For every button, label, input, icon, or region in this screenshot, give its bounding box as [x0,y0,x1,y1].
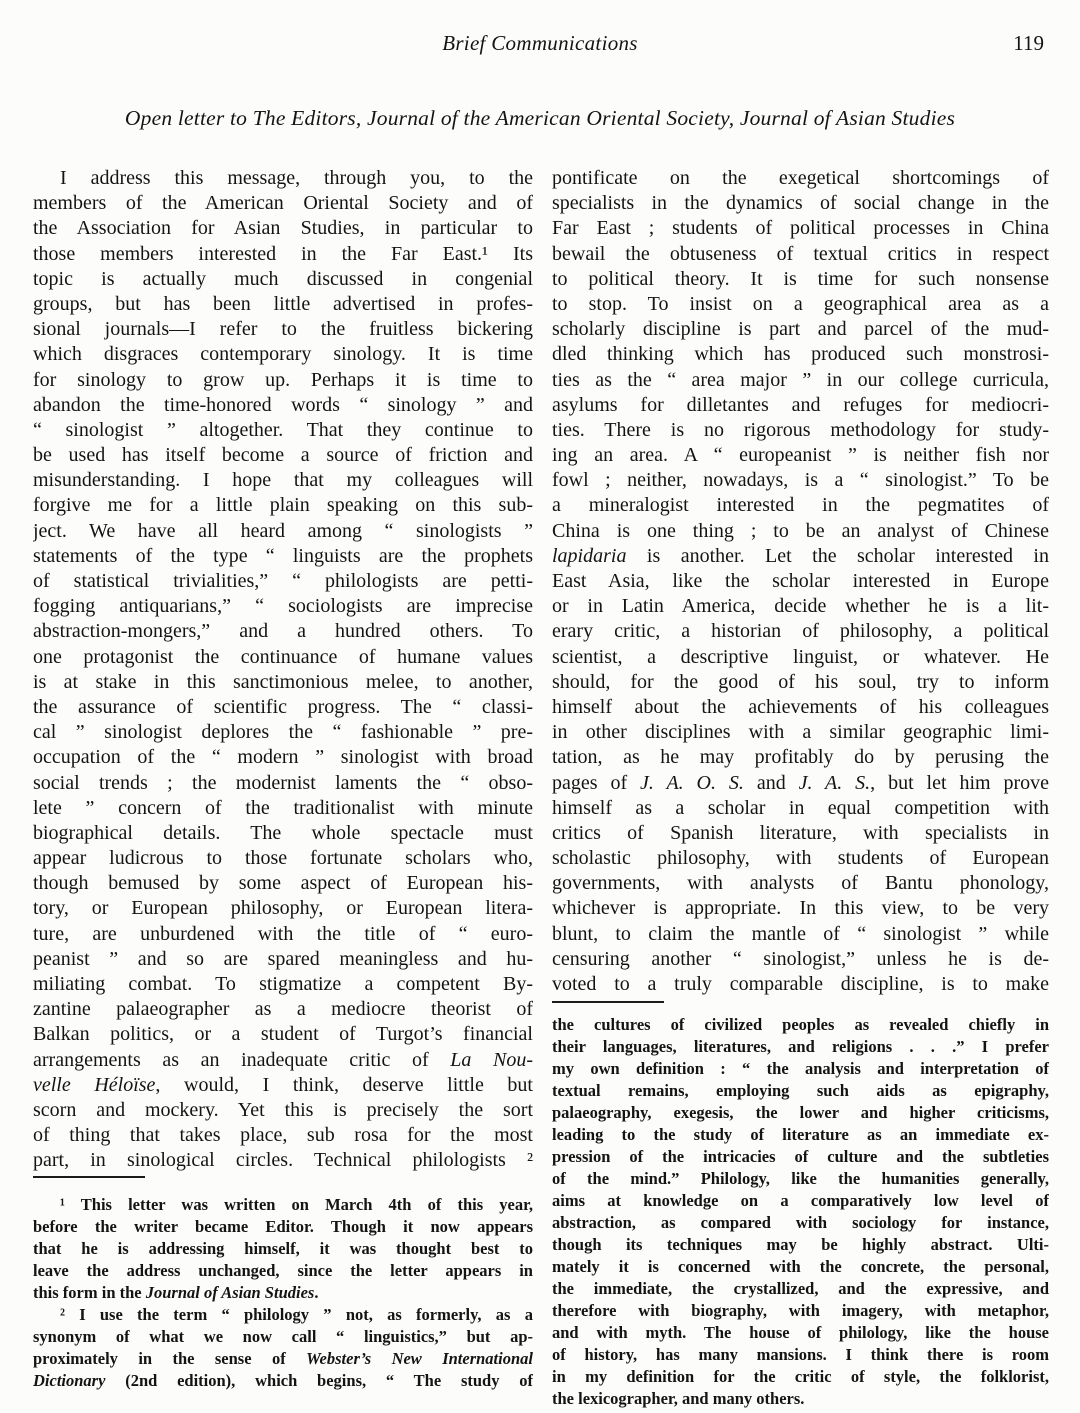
text-line: that he is addressing himself, it was th… [33,1238,533,1260]
text-line: leave the address unchanged, since the l… [33,1260,533,1282]
text-line: voted to a truly comparable discipline, … [552,972,1049,997]
text-line: is at stake in this sanctimonious melee,… [33,670,533,695]
text-line: of history, has many mansions. I think t… [552,1344,1049,1366]
text-line: the cultures of civilized peoples as rev… [552,1014,1049,1036]
text-line: aims at knowledge on a comparatively low… [552,1190,1049,1212]
text-line: China is one thing ; to be an analyst of… [552,519,1049,544]
text-line: their languages, literatures, and religi… [552,1036,1049,1058]
text-line: a mineralogist interested in the pegmati… [552,493,1049,518]
text-line: forgive me for a little plain speaking o… [33,493,533,518]
text-line: though its techniques may be highly abst… [552,1234,1049,1256]
text-line: whichever is appropriate. In this view, … [552,896,1049,921]
text-line: ² I use the term “ philology ” not, as f… [33,1304,533,1326]
text-line: Balkan politics, or a student of Turgot’… [33,1022,533,1047]
text-line: ¹ This letter was written on March 4th o… [33,1194,533,1216]
text-line: himself about the achievements of his co… [552,695,1049,720]
text-line: tation, as he may profitably do by perus… [552,745,1049,770]
text-line: of thing that takes place, sub rosa for … [33,1123,533,1148]
text-line: Far East ; students of political process… [552,216,1049,241]
text-line: “ sinologist ” altogether. That they con… [33,418,533,443]
text-line: to political theory. It is time for such… [552,267,1049,292]
text-line: fowl ; neither, nowadays, is a “ sinolog… [552,468,1049,493]
footnote-1: ¹ This letter was written on March 4th o… [33,1194,533,1304]
text-line: pontificate on the exegetical shortcomin… [552,166,1049,191]
text-line: though bemused by some aspect of Europea… [33,871,533,896]
text-line: scholarly discipline is part and parcel … [552,317,1049,342]
text-line: biographical details. The whole spectacl… [33,821,533,846]
text-line: critics of Spanish literature, with spec… [552,821,1049,846]
text-line: social trends ; the modernist laments th… [33,771,533,796]
text-line: specialists in the dynamics of social ch… [552,191,1049,216]
text-line: bewail the obtuseness of textual critics… [552,242,1049,267]
text-line: fogging antiquarians,” “ sociologists ar… [33,594,533,619]
text-line: scholastic philosophy, with students of … [552,846,1049,871]
text-line: censuring another “ sinologist,” unless … [552,947,1049,972]
text-line: this form in the Journal of Asian Studie… [33,1282,533,1304]
text-line: proximately in the sense of Webster’s Ne… [33,1348,533,1370]
text-line: leading to the study of literature as an… [552,1124,1049,1146]
text-line: tory, or European philosophy, or Europea… [33,896,533,921]
text-line: members of the American Oriental Society… [33,191,533,216]
text-line: scorn and mockery. Yet this is precisely… [33,1098,533,1123]
text-line: of statistical trivialities,” “ philolog… [33,569,533,594]
text-line: sional journals—I refer to the fruitless… [33,317,533,342]
text-line: velle Héloïse, would, I think, deserve l… [33,1073,533,1098]
text-line: blunt, to claim the mantle of “ sinologi… [552,922,1049,947]
text-line: or in Latin America, decide whether he i… [552,594,1049,619]
right-column-body-text: pontificate on the exegetical shortcomin… [552,166,1049,997]
text-line: asylums for dilletantes and refuges for … [552,393,1049,418]
footnote-2-continuation: the cultures of civilized peoples as rev… [552,1014,1049,1410]
text-line: abstraction, as compared with sociology … [552,1212,1049,1234]
text-line: be used has itself become a source of fr… [33,443,533,468]
text-line: should, for the good of his soul, try to… [552,670,1049,695]
text-line: erary critic, a historian of philosophy,… [552,619,1049,644]
text-line: appear ludicrous to those fortunate scho… [33,846,533,871]
text-line: in my definition for the critic of style… [552,1366,1049,1388]
text-line: my own definition : “ the analysis and i… [552,1058,1049,1080]
text-line: before the writer became Editor. Though … [33,1216,533,1238]
running-title: Brief Communications [0,31,1080,56]
text-line: abandon the time-honored words “ sinolog… [33,393,533,418]
text-line: the lexicographer, and many others. [552,1388,1049,1410]
text-line: I address this message, through you, to … [33,166,533,191]
text-line: synonym of what we now call “ linguistic… [33,1326,533,1348]
footnote-2: ² I use the term “ philology ” not, as f… [33,1304,533,1392]
text-line: which disgraces contemporary sinology. I… [33,342,533,367]
footnote-separator-right [552,1001,664,1003]
text-line: the Association for Asian Studies, in pa… [33,216,533,241]
text-line: those members interested in the Far East… [33,242,533,267]
text-line: the immediate, the crystallized, and the… [552,1278,1049,1300]
text-line: ject. We have all heard among “ sinologi… [33,519,533,544]
text-line: therefore with biography, with imagery, … [552,1300,1049,1322]
text-line: part, in sinological circles. Technical … [33,1148,533,1173]
text-line: one protagonist the continuance of human… [33,645,533,670]
footnote-separator-left [33,1176,145,1178]
article-title: Open letter to The Editors, Journal of t… [30,106,1050,131]
text-line: lapidaria is another. Let the scholar in… [552,544,1049,569]
left-column-body-text: I address this message, through you, to … [33,166,533,1174]
text-line: ties as the “ area major ” in our colleg… [552,368,1049,393]
text-line: Dictionary (2nd edition), which begins, … [33,1370,533,1392]
text-line: arrangements as an inadequate critic of … [33,1048,533,1073]
text-line: dled thinking which has produced such mo… [552,342,1049,367]
text-line: of the mind.” Philology, like the humani… [552,1168,1049,1190]
text-line: scientist, a descriptive linguist, or wh… [552,645,1049,670]
text-line: miliating combat. To stigmatize a compet… [33,972,533,997]
text-line: groups, but has been little advertised i… [33,292,533,317]
text-line: palaeography, exegesis, the lower and hi… [552,1102,1049,1124]
text-line: zantine palaeographer as a mediocre theo… [33,997,533,1022]
text-line: in other disciplines with a similar geog… [552,720,1049,745]
text-line: lete ” concern of the traditionalist wit… [33,796,533,821]
journal-page: Brief Communications 119 Open letter to … [0,0,1080,1413]
text-line: the assurance of scientific progress. Th… [33,695,533,720]
text-line: misunderstanding. I hope that my colleag… [33,468,533,493]
text-line: pages of J. A. O. S. and J. A. S., but l… [552,771,1049,796]
text-line: East Asia, like the scholar interested i… [552,569,1049,594]
text-line: and with myth. The house of philology, l… [552,1322,1049,1344]
text-line: abstraction-mongers,” and a hundred othe… [33,619,533,644]
text-line: topic is actually much discussed in cong… [33,267,533,292]
text-line: peanist ” and so are spared meaningless … [33,947,533,972]
text-line: ing an area. A “ europeanist ” is neithe… [552,443,1049,468]
text-line: ties. There is no rigorous methodology f… [552,418,1049,443]
text-line: statements of the type “ linguists are t… [33,544,533,569]
text-line: cal ” sinologist deplores the “ fashiona… [33,720,533,745]
text-line: himself as a scholar in equal competitio… [552,796,1049,821]
text-line: pression of the intricacies of culture a… [552,1146,1049,1168]
text-line: to stop. To insist on a geographical are… [552,292,1049,317]
text-line: mately it is concerned with the concrete… [552,1256,1049,1278]
text-line: governments, with analysts of Bantu phon… [552,871,1049,896]
text-line: occupation of the “ modern ” sinologist … [33,745,533,770]
text-line: for sinology to grow up. Perhaps it is t… [33,368,533,393]
text-line: textual remains, employing such aids as … [552,1080,1049,1102]
text-line: ture, are unburdened with the title of “… [33,922,533,947]
page-number: 119 [1013,31,1044,56]
